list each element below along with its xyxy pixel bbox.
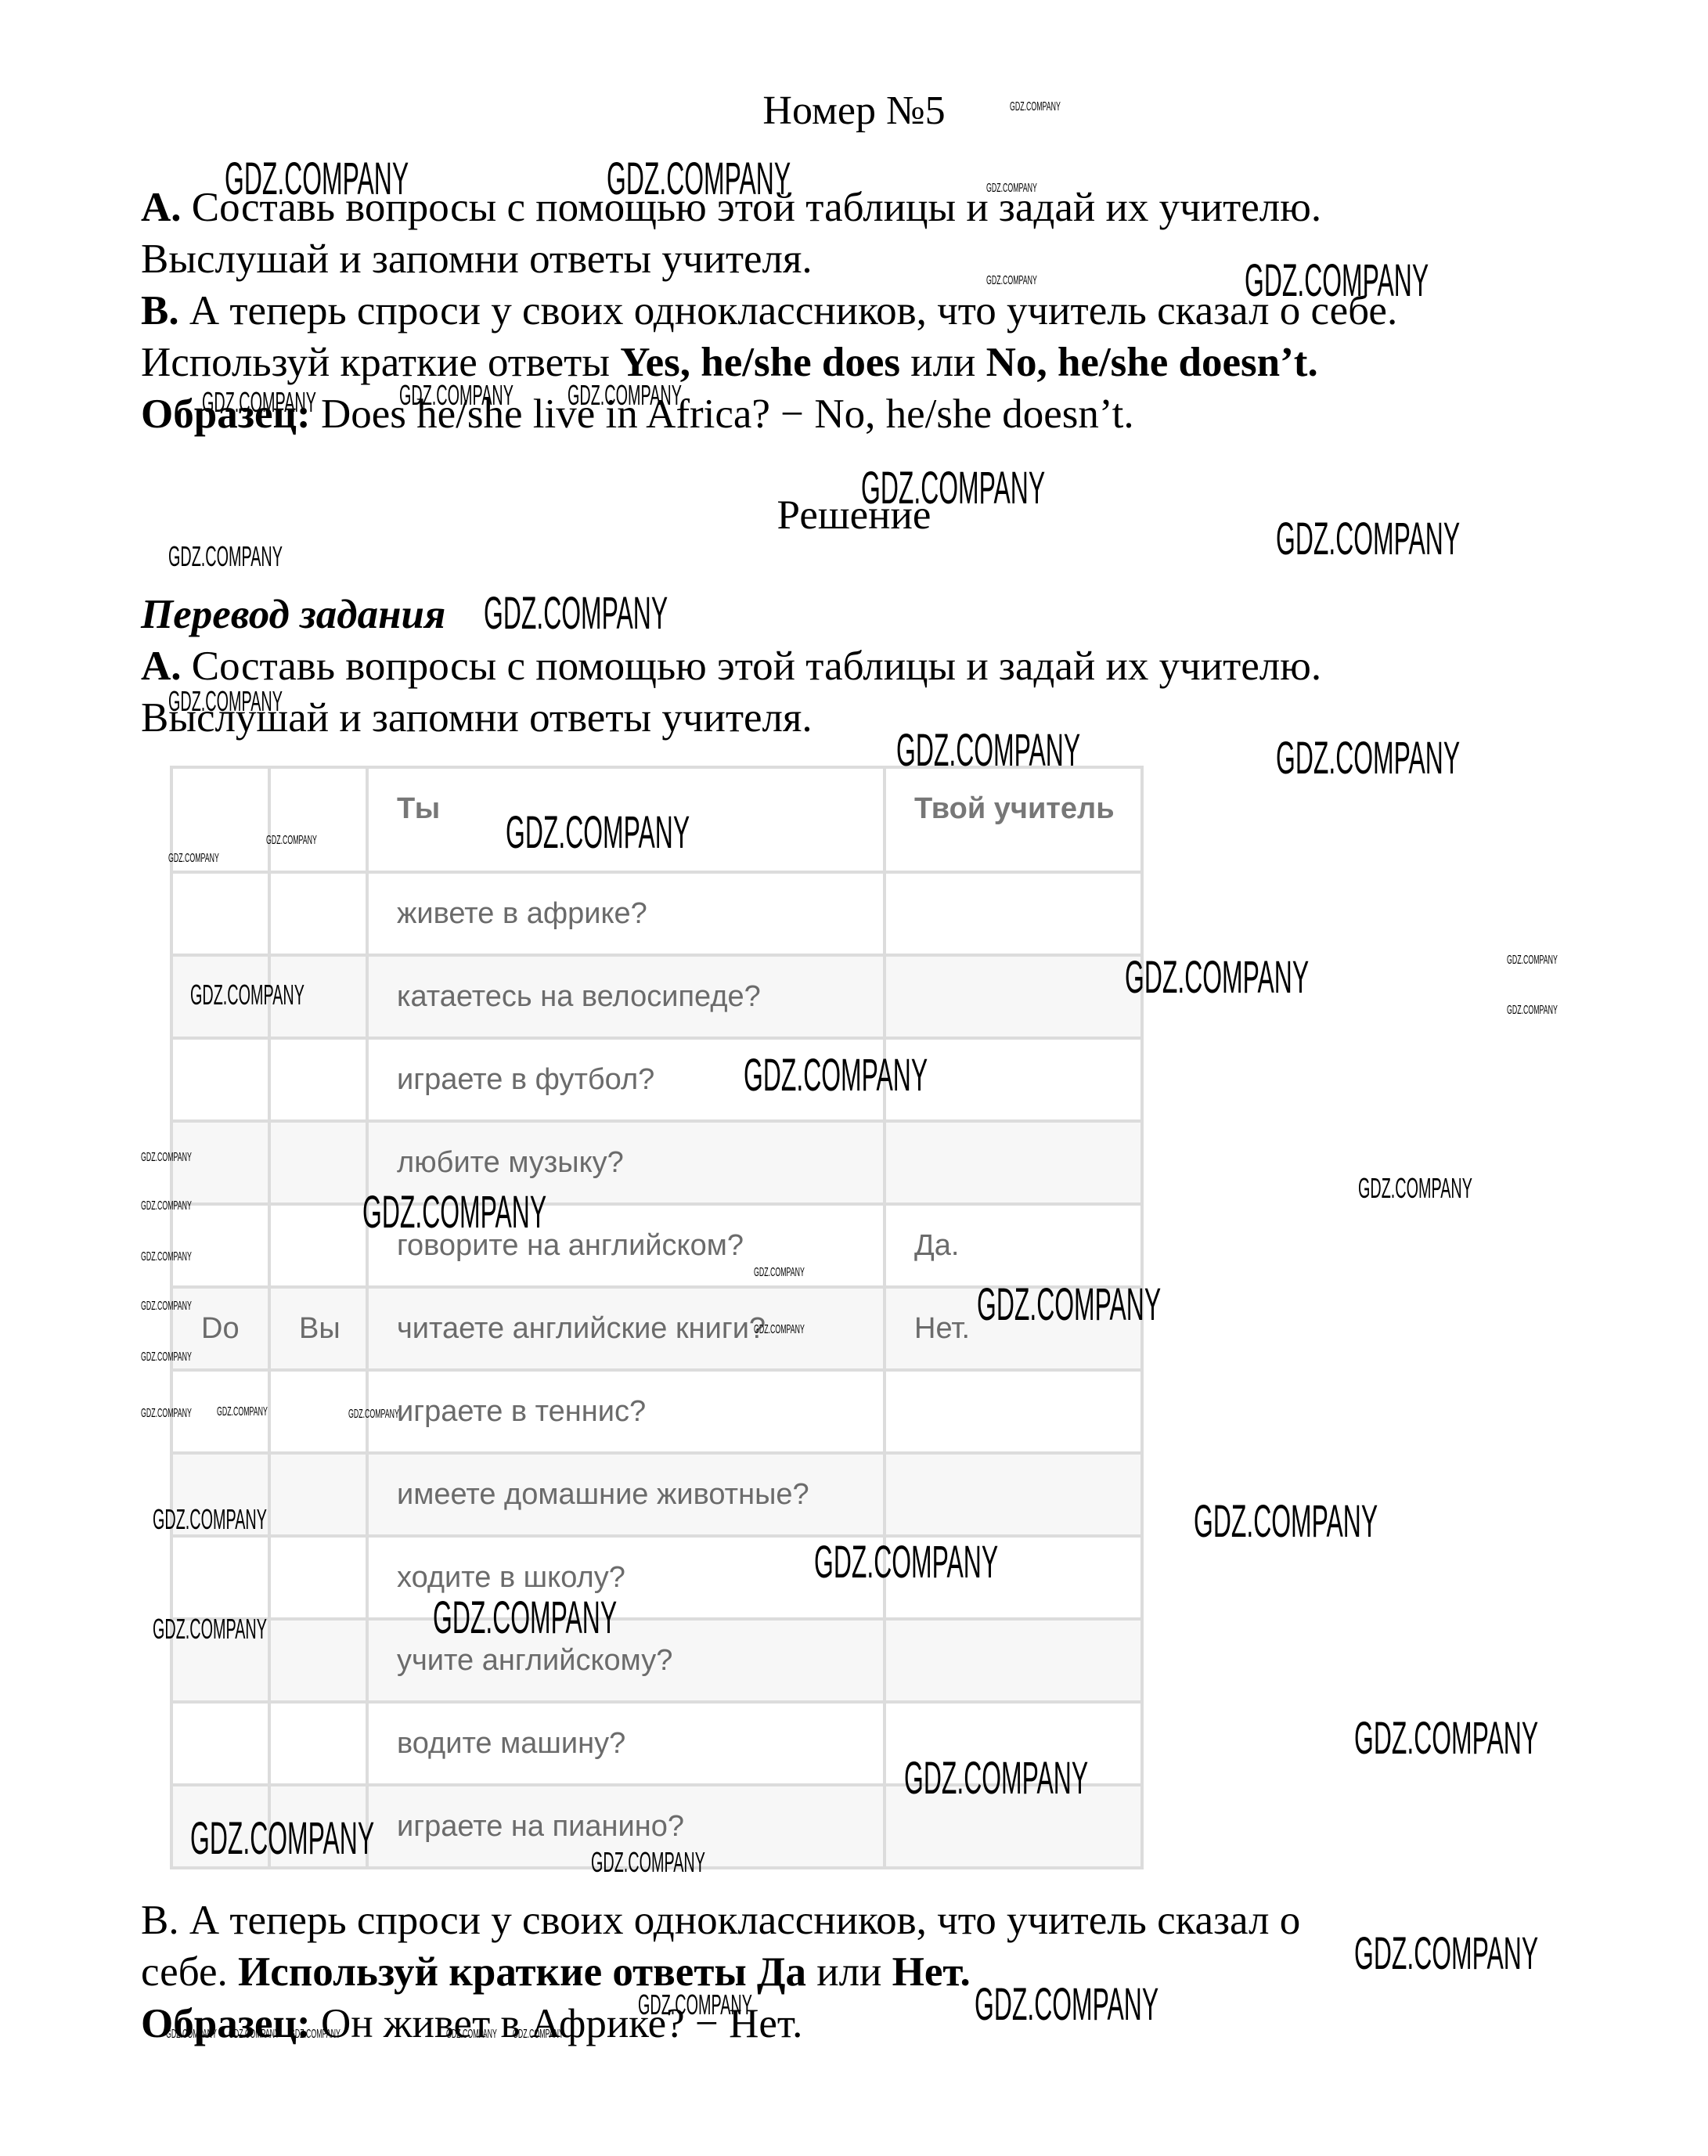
- watermark: GDZ.COMPANY: [202, 386, 316, 419]
- solution-b-bold2: Нет.: [892, 1949, 971, 1995]
- table-cell-question: катаетесь на велосипеде?: [367, 955, 885, 1038]
- task-b-prefix: Используй краткие ответы: [141, 340, 620, 385]
- watermark: GDZ.COMPANY: [814, 1536, 998, 1588]
- watermark: GDZ.COMPANY: [1010, 100, 1061, 114]
- solution-a-text: Составь вопросы с помощью этой таблицы и…: [182, 644, 1322, 689]
- table-cell: [269, 1204, 367, 1287]
- watermark: GDZ.COMPANY: [607, 153, 791, 205]
- watermark: GDZ.COMPANY: [399, 379, 513, 412]
- table-cell-question: живете в африке?: [367, 872, 885, 955]
- solution-b-line1: B. А теперь спроси у своих однокласснико…: [141, 1895, 1300, 1946]
- watermark: GDZ.COMPANY: [266, 834, 317, 848]
- watermark: GDZ.COMPANY: [568, 379, 682, 412]
- watermark: GDZ.COMPANY: [362, 1186, 546, 1238]
- table-cell: [269, 1121, 367, 1204]
- solution-b-prefix: себе.: [141, 1949, 238, 1995]
- table-cell: [171, 1536, 269, 1619]
- table-row: учите английскому?: [171, 1619, 1142, 1702]
- table-cell-you: Вы: [269, 1287, 367, 1370]
- table-row: играете в теннис?: [171, 1370, 1142, 1453]
- table-cell-question: имеете домашние животные?: [367, 1453, 885, 1536]
- watermark: GDZ.COMPANY: [986, 274, 1037, 288]
- solution-a-line1: A. Составь вопросы с помощью этой таблиц…: [141, 640, 1321, 692]
- watermark: GDZ.COMPANY: [217, 1405, 268, 1419]
- watermark: GDZ.COMPANY: [141, 1300, 192, 1314]
- watermark: GDZ.COMPANY: [861, 462, 1045, 514]
- watermark: GDZ.COMPANY: [166, 2028, 217, 2042]
- table-row: говорите на английском? Да.: [171, 1204, 1142, 1287]
- table-cell: [269, 1453, 367, 1536]
- watermark: GDZ.COMPANY: [1194, 1495, 1378, 1548]
- table-cell: [269, 1702, 367, 1785]
- watermark: GDZ.COMPANY: [506, 806, 690, 859]
- watermark: GDZ.COMPANY: [290, 2028, 341, 2042]
- translation-heading: Перевод задания: [141, 589, 445, 640]
- watermark: GDZ.COMPANY: [1354, 1927, 1538, 1980]
- table-cell-question: читаете английские книги?: [367, 1287, 885, 1370]
- task-a-line2: Выслушай и запомни ответы учителя.: [141, 233, 813, 285]
- watermark: GDZ.COMPANY: [153, 1613, 267, 1646]
- watermark: GDZ.COMPANY: [1276, 513, 1460, 565]
- watermark: GDZ.COMPANY: [1507, 1004, 1558, 1018]
- table-cell: [171, 1204, 269, 1287]
- watermark: GDZ.COMPANY: [168, 685, 283, 718]
- task-b-line2: Используй краткие ответы Yes, he/she doe…: [141, 337, 1318, 388]
- table-row: катаетесь на велосипеде?: [171, 955, 1142, 1038]
- watermark: GDZ.COMPANY: [168, 852, 219, 866]
- table-cell-answer: [885, 1619, 1142, 1702]
- watermark: GDZ.COMPANY: [754, 1323, 805, 1337]
- watermark: GDZ.COMPANY: [986, 182, 1037, 196]
- watermark: GDZ.COMPANY: [168, 540, 283, 573]
- watermark: GDZ.COMPANY: [1276, 732, 1460, 784]
- watermark: GDZ.COMPANY: [190, 1812, 374, 1865]
- task-a-label: A.: [141, 185, 182, 230]
- watermark: GDZ.COMPANY: [1507, 954, 1558, 968]
- watermark: GDZ.COMPANY: [904, 1752, 1088, 1804]
- watermark: GDZ.COMPANY: [896, 724, 1080, 777]
- task-b-mid: или: [900, 340, 986, 385]
- watermark: GDZ.COMPANY: [153, 1503, 267, 1536]
- watermark: GDZ.COMPANY: [348, 1408, 399, 1422]
- watermark: GDZ.COMPANY: [1245, 254, 1429, 307]
- watermark: GDZ.COMPANY: [513, 2028, 564, 2042]
- table-cell-answer: [885, 1121, 1142, 1204]
- watermark: GDZ.COMPANY: [1358, 1172, 1472, 1205]
- watermark: GDZ.COMPANY: [225, 153, 409, 205]
- table-cell-answer: [885, 872, 1142, 955]
- table-cell: [269, 872, 367, 955]
- table-header-teacher: Твой учитель: [885, 767, 1142, 872]
- table-cell-answer: [885, 955, 1142, 1038]
- table-row: имеете домашние животные?: [171, 1453, 1142, 1536]
- table-row: живете в африке?: [171, 872, 1142, 955]
- table-row: любите музыку?: [171, 1121, 1142, 1204]
- watermark: GDZ.COMPANY: [141, 1250, 192, 1264]
- watermark: GDZ.COMPANY: [1354, 1712, 1538, 1765]
- watermark: GDZ.COMPANY: [141, 1350, 192, 1365]
- watermark: GDZ.COMPANY: [141, 1199, 192, 1213]
- watermark: GDZ.COMPANY: [1125, 951, 1309, 1004]
- task-b-no: No, he/she doesn’t.: [986, 340, 1318, 385]
- watermark: GDZ.COMPANY: [591, 1846, 705, 1879]
- watermark: GDZ.COMPANY: [977, 1278, 1161, 1331]
- watermark: GDZ.COMPANY: [190, 979, 304, 1011]
- table-cell-question: водите машину?: [367, 1702, 885, 1785]
- table-cell: [171, 1702, 269, 1785]
- table-header-cell: [269, 767, 367, 872]
- table-cell: [171, 872, 269, 955]
- table-cell: [269, 1619, 367, 1702]
- table-cell-question: играете в теннис?: [367, 1370, 885, 1453]
- watermark: GDZ.COMPANY: [433, 1592, 617, 1644]
- solution-b-line2: себе. Используй краткие ответы Да или Не…: [141, 1946, 971, 1998]
- watermark: GDZ.COMPANY: [229, 2028, 279, 2042]
- watermark: GDZ.COMPANY: [975, 1978, 1158, 2031]
- watermark: GDZ.COMPANY: [446, 2028, 497, 2042]
- table-cell-answer: Да.: [885, 1204, 1142, 1287]
- task-b-line1: B. А теперь спроси у своих однокласснико…: [141, 285, 1397, 337]
- watermark: GDZ.COMPANY: [638, 1988, 752, 2021]
- table-cell-answer: [885, 1370, 1142, 1453]
- watermark: GDZ.COMPANY: [141, 1151, 192, 1165]
- table-cell: [171, 1038, 269, 1121]
- table-row: играете в футбол?: [171, 1038, 1142, 1121]
- watermark: GDZ.COMPANY: [754, 1266, 805, 1280]
- table-cell: [269, 1536, 367, 1619]
- watermark: GDZ.COMPANY: [484, 587, 668, 640]
- solution-b-mid: или: [806, 1949, 892, 1995]
- watermark: GDZ.COMPANY: [141, 1407, 192, 1421]
- task-b-text: А теперь спроси у своих одноклассников, …: [179, 288, 1398, 333]
- page-title: Номер №5: [0, 88, 1708, 134]
- task-b-label: B.: [141, 288, 179, 333]
- solution-a-label: A.: [141, 644, 182, 689]
- table-cell: [269, 1038, 367, 1121]
- watermark: GDZ.COMPANY: [744, 1049, 928, 1101]
- table-cell-answer: [885, 1453, 1142, 1536]
